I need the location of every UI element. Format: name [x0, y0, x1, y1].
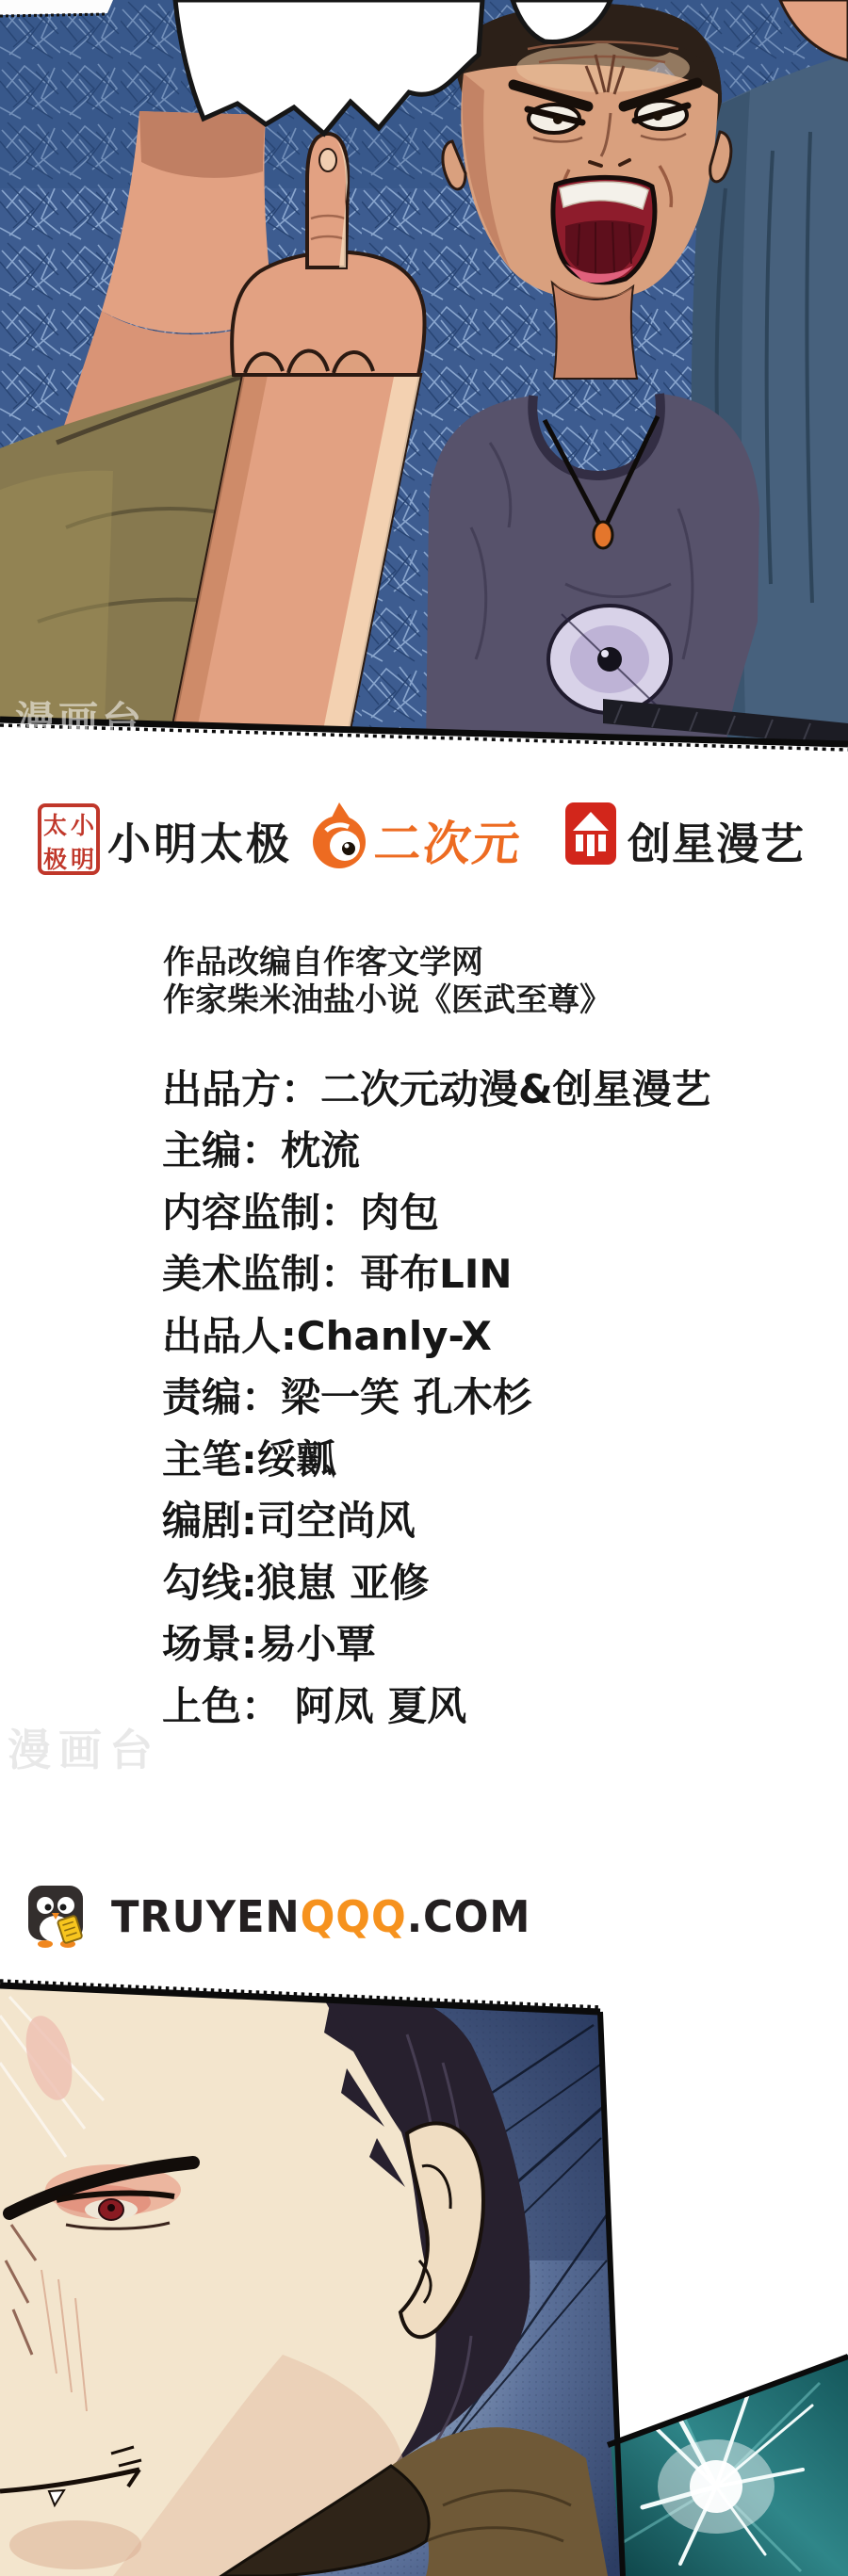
bottom-comic-panel — [0, 1978, 848, 2576]
credit-chief-editor: 主编：枕流 — [162, 1118, 711, 1180]
credits-list: 出品方：二次元动漫&创星漫艺 主编：枕流 内容监制：肉包 美术监制：哥布LIN … — [162, 1056, 711, 1735]
site-logo-part3: .COM — [407, 1891, 531, 1942]
erciyuan-label: 二次元 — [371, 806, 526, 874]
seal-char: 小 — [69, 807, 96, 841]
credit-screenwriter: 编剧:司空尚风 — [162, 1488, 711, 1550]
source-line-1: 作品改编自作客文学网 — [163, 944, 612, 981]
credit-art-supervisor: 美术监制：哥布LIN — [162, 1241, 711, 1304]
credit-publisher: 出品人:Chanly-X — [162, 1303, 711, 1365]
credit-coloring: 上色： 阿凤 夏风 — [162, 1673, 711, 1735]
necklace-pendant — [594, 522, 612, 548]
bottom-panel-art — [0, 1978, 848, 2576]
credit-content-supervisor: 内容监制：肉包 — [162, 1179, 711, 1241]
teal-corner-panel — [608, 2355, 848, 2576]
adaptation-source: 作品改编自作客文学网 作家柴米油盐小说《医武至尊》 — [163, 944, 612, 1019]
truyenqqq-penguin-icon — [26, 1884, 89, 1948]
xiaoming-taiji-seal-icon: 太 小 极 明 — [38, 803, 100, 875]
top-comic-panel: 漫画台 — [0, 0, 848, 753]
top-panel-art — [0, 0, 848, 753]
seal-char: 太 — [41, 807, 69, 841]
watermark-credits-section: 漫画台 — [8, 1716, 160, 1778]
watermark-top-panel: 漫画台 — [15, 690, 145, 747]
credit-producer: 出品方：二次元动漫&创星漫艺 — [162, 1056, 711, 1118]
seal-char: 极 — [41, 841, 69, 875]
credit-inking: 勾线:狼崽 亚修 — [162, 1549, 711, 1612]
site-logo-part1: TRUYEN — [111, 1891, 301, 1942]
cd-disc — [548, 606, 671, 713]
previous-panel-edge — [0, 0, 113, 16]
chuangxing-label: 创星漫艺 — [628, 810, 805, 872]
seal-char: 明 — [69, 841, 96, 875]
credit-editor: 责编：梁一笑 孔木杉 — [162, 1365, 711, 1427]
xiaoming-taiji-label: 小明太极 — [107, 810, 292, 872]
site-logo-text: TRUYENQQQ.COM — [111, 1891, 530, 1942]
erciyuan-mascot-icon — [311, 799, 369, 880]
chuangxing-logo-icon — [565, 802, 616, 865]
comic-credits-page: 漫画台 太 小 极 明 小明太极 二次元 创星漫艺 作品改编自作客文学网 作家 — [0, 0, 848, 2576]
source-line-2: 作家柴米油盐小说《医武至尊》 — [163, 981, 612, 1019]
site-logo-part2: QQQ — [301, 1891, 407, 1942]
credit-background: 场景:易小覃 — [162, 1612, 711, 1674]
fingernail — [319, 149, 336, 171]
credit-lead-artist: 主笔:绥瓤 — [162, 1426, 711, 1488]
